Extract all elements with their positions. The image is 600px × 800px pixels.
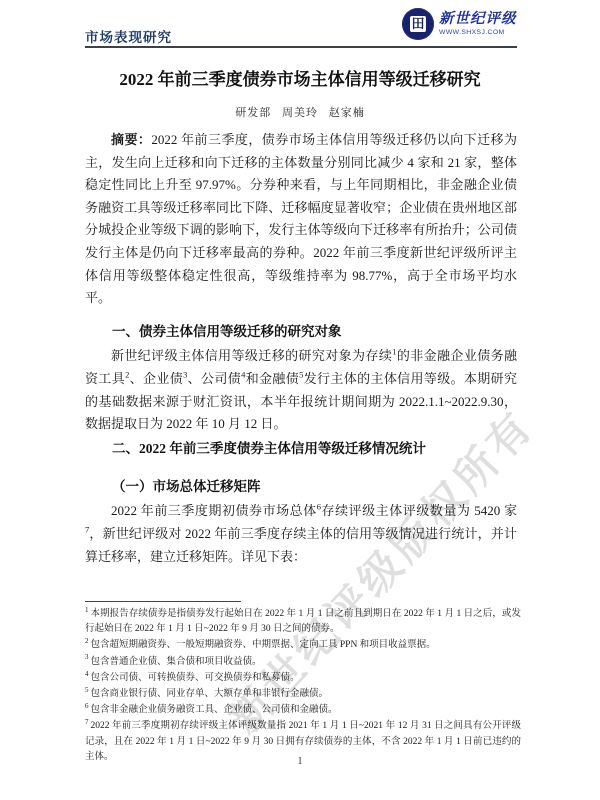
footnote: 2包含超短期融资券、一般短期融资券、中期票据、定向工具 PPN 和项目收益票据。 — [85, 638, 521, 653]
footnote-divider — [85, 601, 241, 602]
logo-emblem-glyph: 田 — [410, 16, 426, 32]
footnote: 3包含普通企业债、集合债和项目收益债。 — [85, 655, 521, 670]
footnote-text: 本期报告存续债券是指债券发行起始日在 2022 年 1 月 1 日之前且到期日在… — [85, 609, 521, 634]
footnote-text: 包含普通企业债、集合债和项目收益债。 — [91, 657, 262, 667]
footnotes: 1本期报告存续债券是指债券发行起始日在 2022 年 1 月 1 日之前且到期日… — [85, 607, 521, 766]
footnote-text: 包含商业银行债、同业存单、大额存单和非银行金融债。 — [91, 689, 329, 699]
footnote: 6包含非金融企业债务融资工具、企业债、公司债和金融债。 — [85, 703, 521, 718]
logo-text-block: 新世纪评级 WWW.SHXSJ.COM — [439, 12, 517, 36]
section-2-paragraph: 2022 年前三季度期初债券市场总体6存续评级主体评级数量为 5420 家7，新… — [85, 500, 517, 568]
abstract-text: 2022 年前三季度，债券市场主体信用等级迁移仍以向下迁移为主，发生向上迁移和向… — [85, 132, 517, 305]
logo-brand-name: 新世纪评级 — [439, 12, 517, 28]
footnote-marker: 7 — [85, 718, 89, 726]
footnote: 1本期报告存续债券是指债券发行起始日在 2022 年 1 月 1 日之前且到期日… — [85, 607, 521, 637]
document-title: 2022 年前三季度债券市场主体信用等级迁移研究 — [0, 65, 600, 90]
section-1-paragraph: 新世纪评级主体信用等级迁移的研究对象为存续1的非金融企业债务融资工具2、企业债3… — [85, 345, 517, 436]
footnote-marker: 4 — [85, 670, 89, 678]
logo-website: WWW.SHXSJ.COM — [439, 29, 517, 36]
logo-emblem-icon: 田 — [402, 8, 434, 40]
authors-line: 研发部 周美玲 赵家楠 — [0, 104, 600, 120]
footnote-text: 包含非金融企业债务融资工具、企业债、公司债和金融债。 — [91, 705, 338, 715]
section-2-subheading: （一）市场总体迁移矩阵 — [85, 475, 517, 495]
footnote-marker: 1 — [85, 606, 89, 614]
footnote-marker: 3 — [85, 653, 89, 661]
footnote: 4包含公司债、可转换债券、可交换债券和私募债。 — [85, 671, 521, 686]
abstract-label: 摘要： — [111, 132, 151, 147]
section-1-heading: 一、债券主体信用等级迁移的研究对象 — [85, 320, 517, 340]
footnote-text: 包含公司债、可转换债券、可交换债券和私募债。 — [91, 673, 300, 683]
abstract-paragraph: 摘要：2022 年前三季度，债券市场主体信用等级迁移仍以向下迁移为主，发生向上迁… — [85, 129, 517, 310]
brand-logo: 田 新世纪评级 WWW.SHXSJ.COM — [402, 8, 517, 40]
document-page: 新世纪评级版权所有 市场表现研究 田 新世纪评级 WWW.SHXSJ.COM 2… — [0, 0, 600, 800]
footnote-marker: 2 — [85, 637, 89, 645]
header-divider — [85, 46, 517, 48]
footnote-text: 包含超短期融资券、一般短期融资券、中期票据、定向工具 PPN 和项目收益票据。 — [91, 640, 436, 650]
section-2-heading: 二、2022 年前三季度债券主体信用等级迁移情况统计 — [85, 437, 517, 457]
footnote-marker: 6 — [85, 702, 89, 710]
header-category: 市场表现研究 — [85, 26, 172, 46]
footnote: 5包含商业银行债、同业存单、大额存单和非银行金融债。 — [85, 687, 521, 702]
page-number: 1 — [0, 756, 600, 767]
footnote-marker: 5 — [85, 686, 89, 694]
